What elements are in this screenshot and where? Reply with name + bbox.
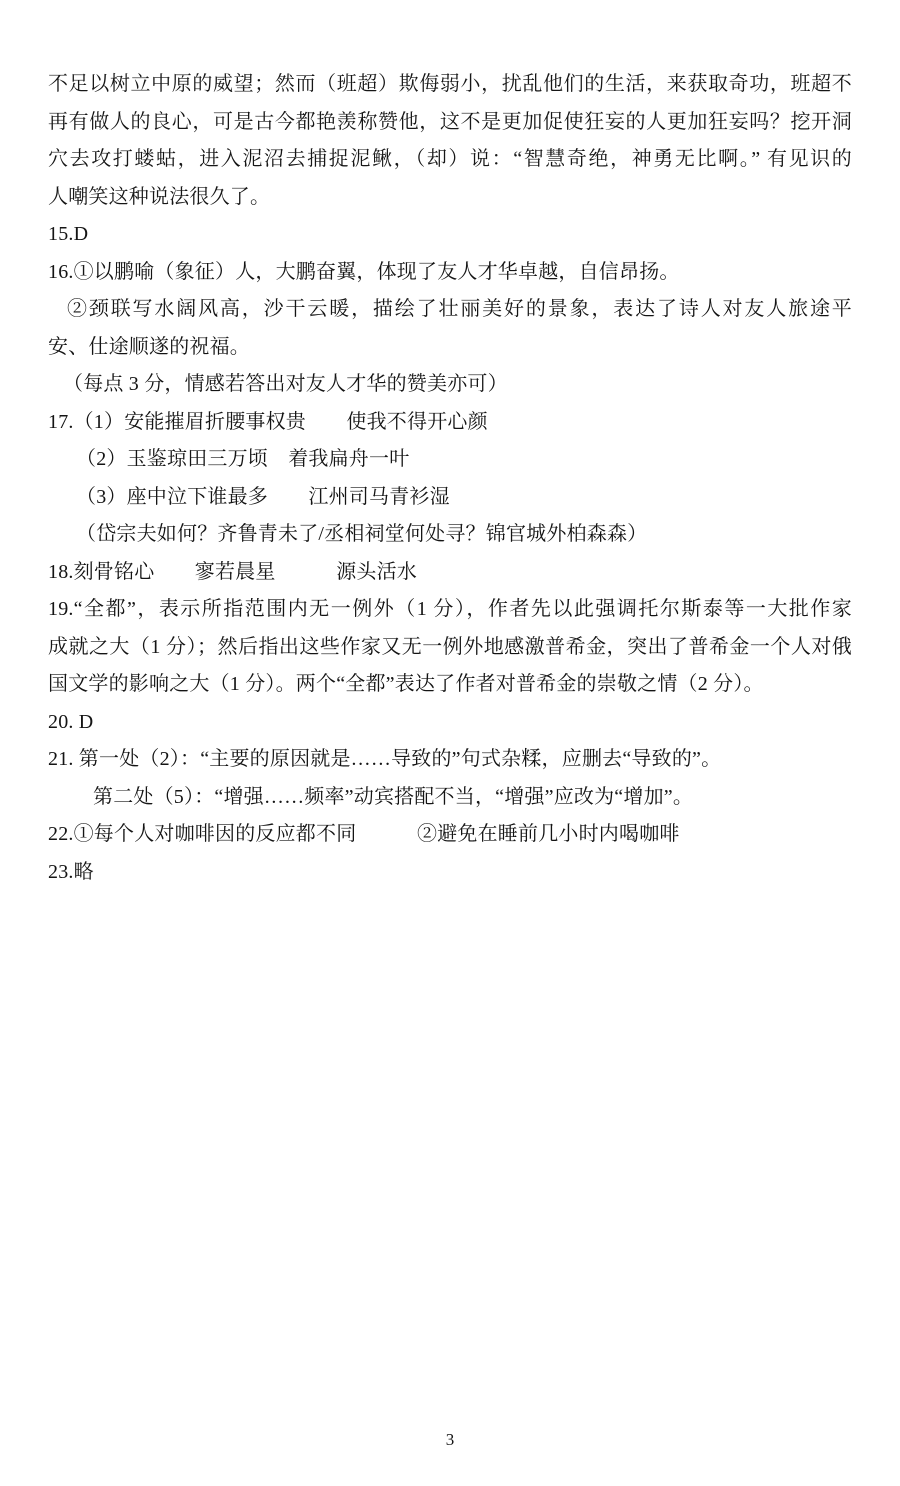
answer-20: 20. D bbox=[48, 704, 852, 742]
answer-21-line-1: 21. 第一处（2）：“主要的原因就是……导致的”句式杂糅，应删去“导致的”。 bbox=[48, 741, 852, 779]
page-number: 3 bbox=[0, 1430, 900, 1450]
translation-line-2: 再有做人的良心，可是古今都艳羡称赞他，这不是更加促使狂妄的人更加狂妄吗？挖开洞 bbox=[48, 104, 852, 142]
answer-19-line-2: 成就之大（1 分）；然后指出这些作家又无一例外地感激普希金，突出了普希金一个人对… bbox=[48, 629, 852, 667]
answer-content: 不足以树立中原的威望；然而（班超）欺侮弱小，扰乱他们的生活，来获取奇功，班超不 … bbox=[48, 66, 852, 891]
answer-sheet-page: 不足以树立中原的威望；然而（班超）欺侮弱小，扰乱他们的生活，来获取奇功，班超不 … bbox=[0, 0, 900, 1486]
answer-21-line-2: 第二处（5）：“增强……频率”动宾搭配不当，“增强”应改为“增加”。 bbox=[48, 779, 852, 817]
answer-18: 18.刻骨铭心 寥若晨星 源头活水 bbox=[48, 554, 852, 592]
answer-15: 15.D bbox=[48, 216, 852, 254]
answer-16-point-1: 16.①以鹏喻（象征）人，大鹏奋翼，体现了友人才华卓越，自信昂扬。 bbox=[48, 254, 852, 292]
answer-16-scoring-note: （每点 3 分，情感若答出对友人才华的赞美亦可） bbox=[48, 366, 852, 404]
answer-22: 22.①每个人对咖啡因的反应都不同 ②避免在睡前几小时内喝咖啡 bbox=[48, 816, 852, 854]
answer-17-alternative: （岱宗夫如何？齐鲁青未了/丞相祠堂何处寻？锦官城外柏森森） bbox=[48, 516, 852, 554]
answer-16-point-2-line-2: 安、仕途顺遂的祝福。 bbox=[48, 329, 852, 367]
translation-line-1: 不足以树立中原的威望；然而（班超）欺侮弱小，扰乱他们的生活，来获取奇功，班超不 bbox=[48, 66, 852, 104]
answer-23: 23.略 bbox=[48, 854, 852, 892]
answer-17-blank-2: （2）玉鉴琼田三万顷 着我扁舟一叶 bbox=[48, 441, 852, 479]
answer-17-blank-3: （3）座中泣下谁最多 江州司马青衫湿 bbox=[48, 479, 852, 517]
translation-line-3: 穴去攻打蝼蛄，进入泥沼去捕捉泥鳅，（却）说：“智慧奇绝，神勇无比啊。” 有见识的 bbox=[48, 141, 852, 179]
answer-17-blank-1: 17.（1）安能摧眉折腰事权贵 使我不得开心颜 bbox=[48, 404, 852, 442]
answer-19-line-3: 国文学的影响之大（1 分）。两个“全都”表达了作者对普希金的崇敬之情（2 分）。 bbox=[48, 666, 852, 704]
translation-line-4: 人嘲笑这种说法很久了。 bbox=[48, 179, 852, 217]
answer-19-line-1: 19.“全都”，表示所指范围内无一例外（1 分），作者先以此强调托尔斯泰等一大批… bbox=[48, 591, 852, 629]
answer-16-point-2-line-1: ②颈联写水阔风高，沙干云暖，描绘了壮丽美好的景象，表达了诗人对友人旅途平 bbox=[48, 291, 852, 329]
